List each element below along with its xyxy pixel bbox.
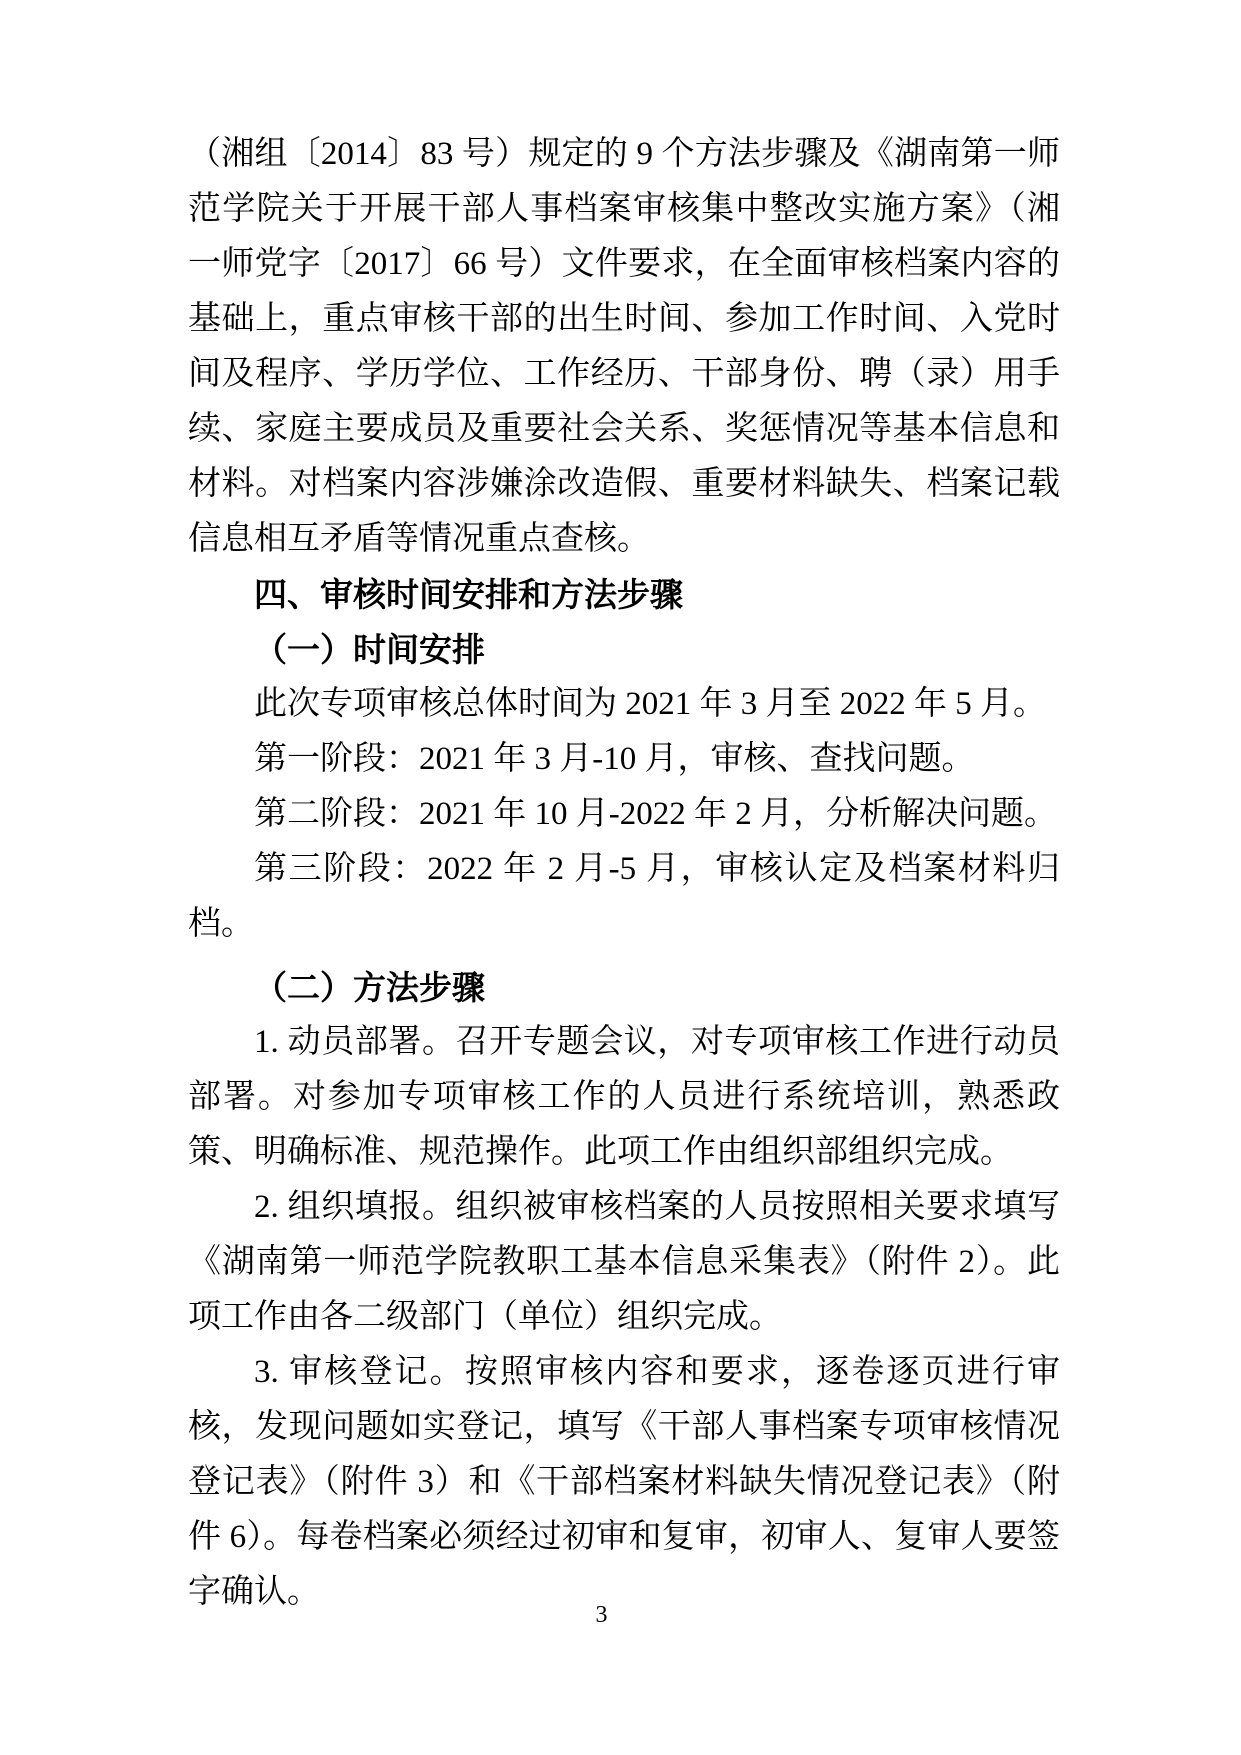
paragraph: 1. 动员部署。召开专题会议，对专项审核工作进行动员部署。对参加专项审核工作的人… [188,1015,1060,1180]
paragraph: 第一阶段：2021 年 3 月-10 月，审核、查找问题。 [188,732,1060,787]
document-body: （湘组〔2014〕83 号）规定的 9 个方法步骤及《湖南第一师范学院关于开展干… [188,127,1060,1620]
page-number: 3 [596,1600,608,1630]
section-heading: （一）时间安排 [188,622,1060,677]
document-page: （湘组〔2014〕83 号）规定的 9 个方法步骤及《湖南第一师范学院关于开展干… [0,0,1241,1755]
paragraph: 第三阶段：2022 年 2 月-5 月，审核认定及档案材料归档。 [188,842,1060,952]
paragraph: （湘组〔2014〕83 号）规定的 9 个方法步骤及《湖南第一师范学院关于开展干… [188,127,1060,567]
page-footer: 3 [0,1600,1241,1630]
paragraph: 此次专项审核总体时间为 2021 年 3 月至 2022 年 5 月。 [188,677,1060,732]
paragraph: 3. 审核登记。按照审核内容和要求，逐卷逐页进行审核，发现问题如实登记，填写《干… [188,1345,1060,1620]
paragraph: 第二阶段：2021 年 10 月-2022 年 2 月，分析解决问题。 [188,787,1060,842]
paragraph: 2. 组织填报。组织被审核档案的人员按照相关要求填写《湖南第一师范学院教职工基本… [188,1180,1060,1345]
section-heading: 四、审核时间安排和方法步骤 [188,567,1060,622]
section-heading: （二）方法步骤 [188,960,1060,1015]
